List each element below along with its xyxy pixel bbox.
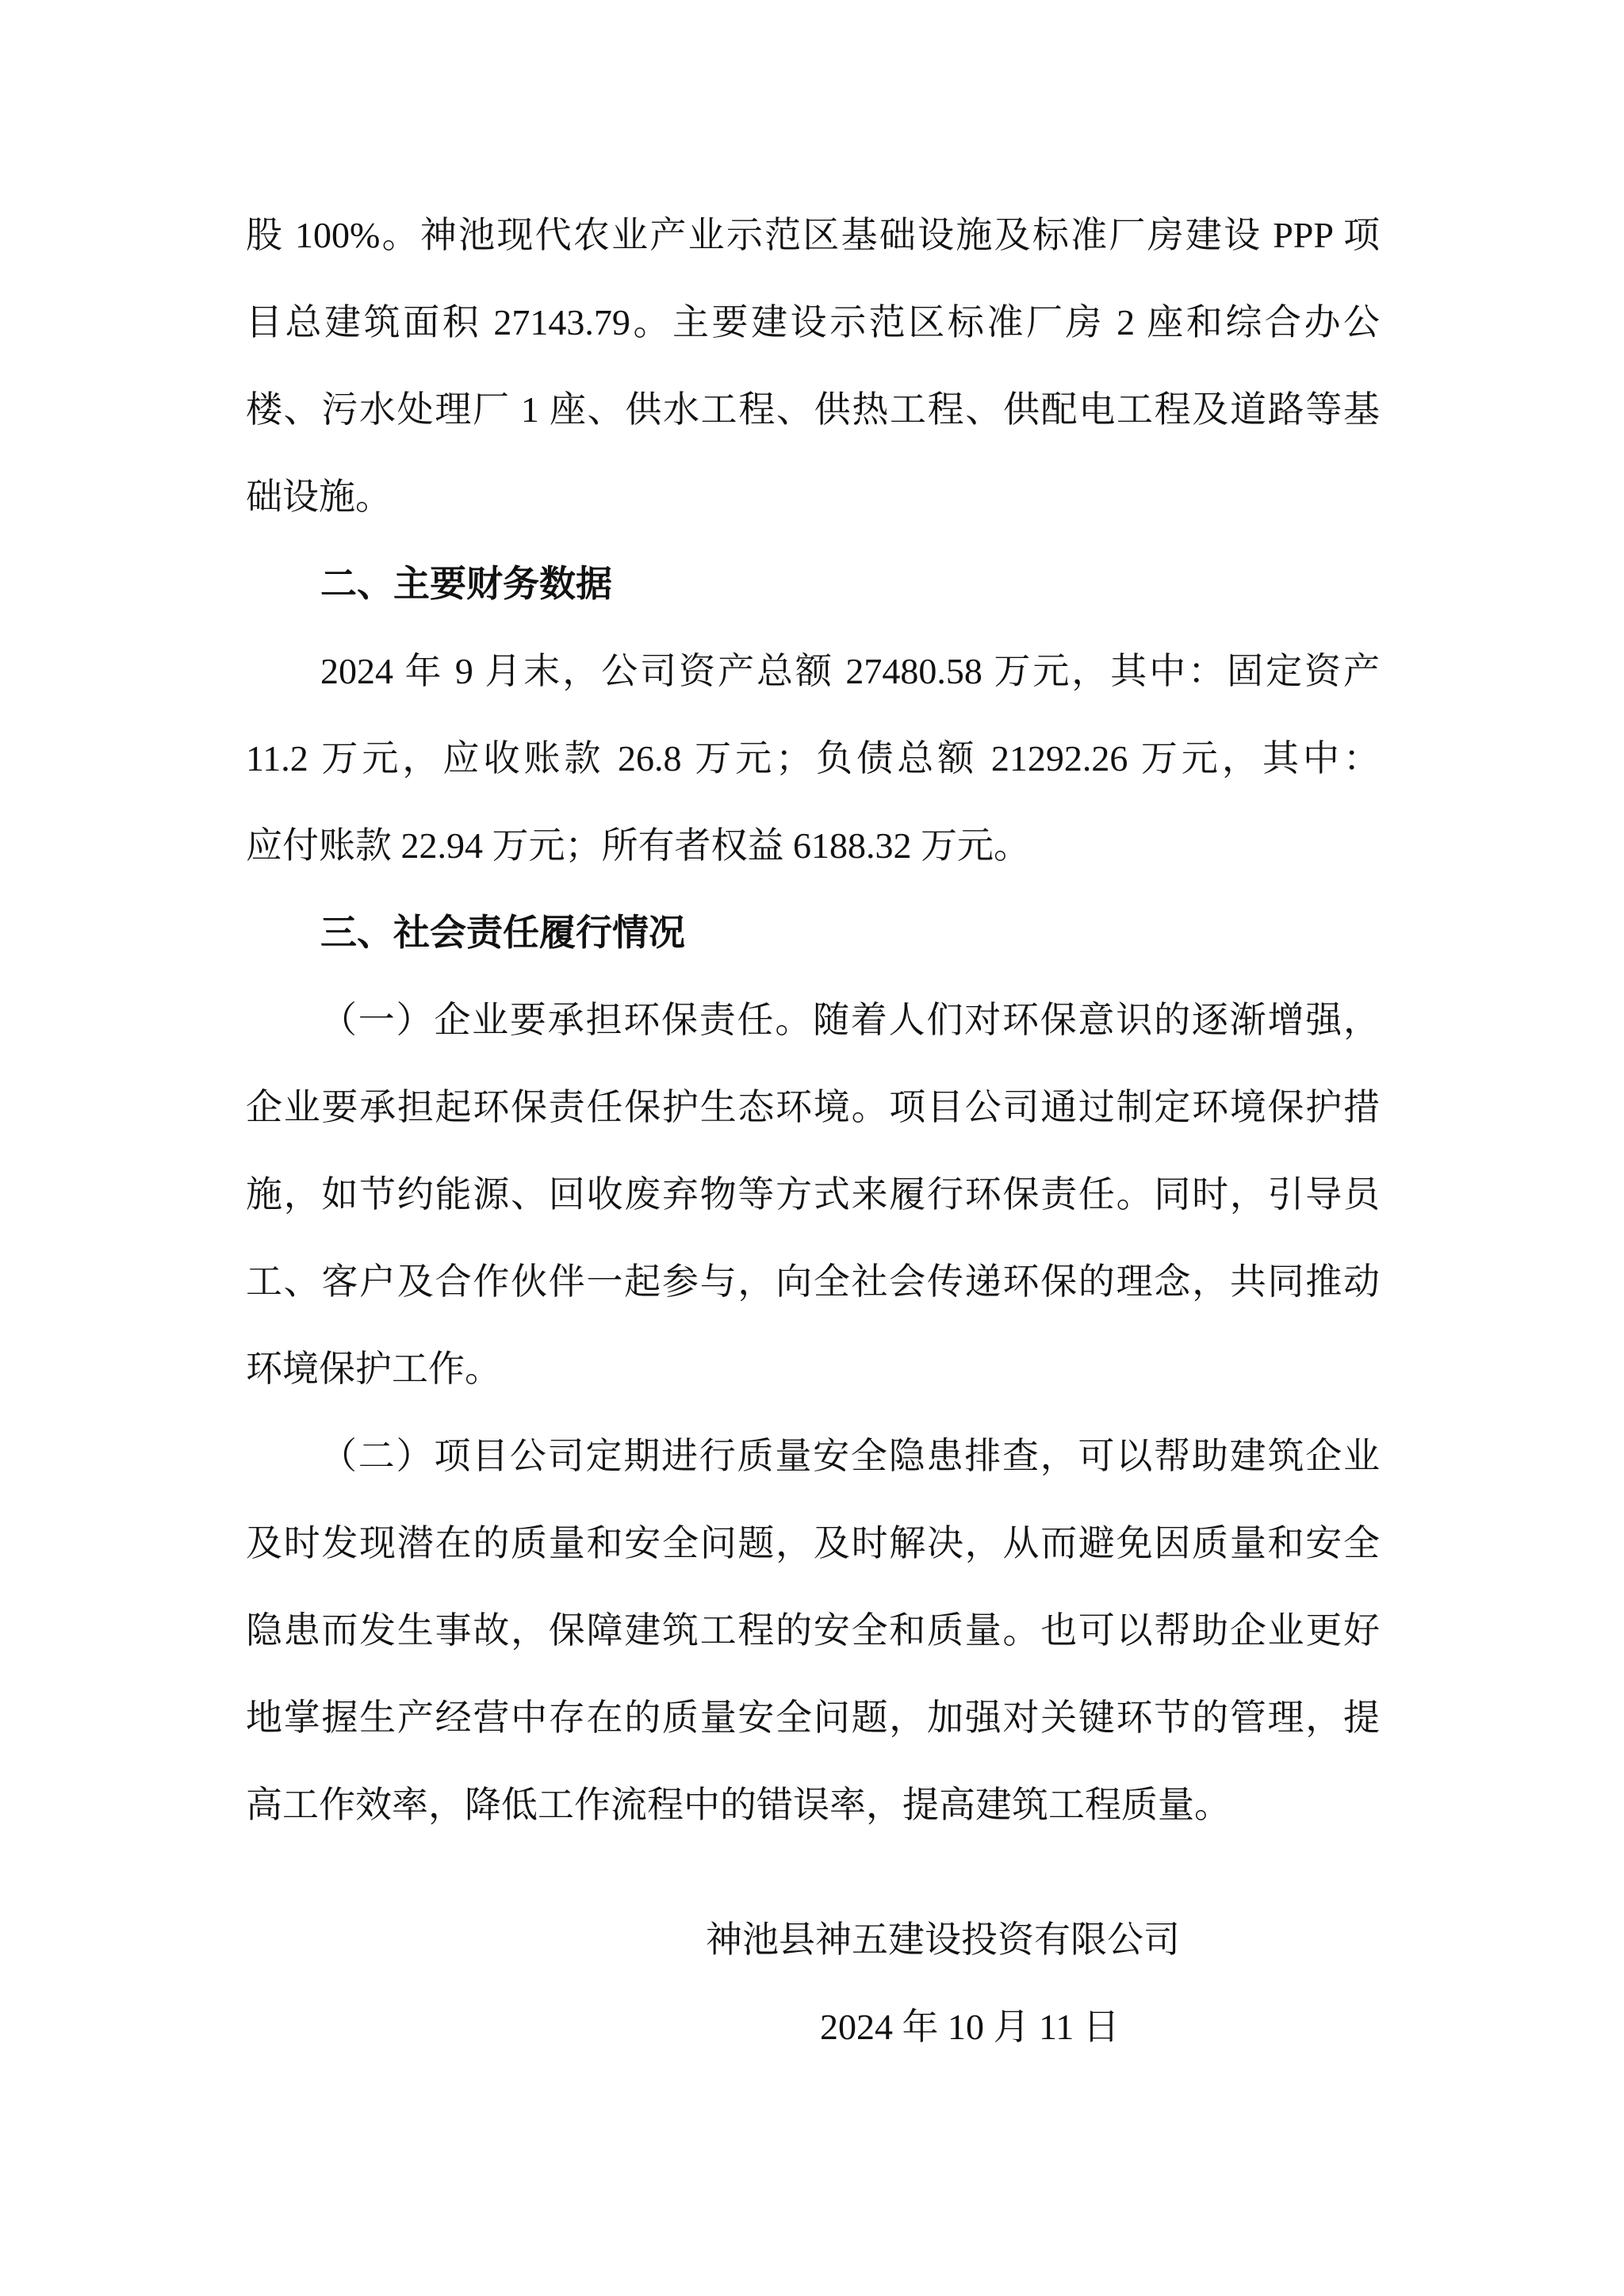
body-line: 应付账款 22.94 万元；所有者权益 6188.32 万元。 bbox=[246, 802, 1380, 890]
body-line: 地掌握生产经营中存在的质量安全问题，加强对关键环节的管理，提 bbox=[246, 1674, 1380, 1762]
body-line: 及时发现潜在的质量和安全问题，及时解决，从而避免因质量和安全 bbox=[246, 1500, 1380, 1587]
body-line: 础设施。 bbox=[246, 453, 1380, 541]
section-heading: 三、社会责任履行情况 bbox=[246, 890, 1380, 977]
document-page: 股 100%。神池现代农业产业示范区基础设施及标准厂房建设 PPP 项目总建筑面… bbox=[0, 0, 1624, 2296]
signature-spacer bbox=[246, 1849, 1380, 1896]
body-line: 隐患而发生事故，保障建筑工程的安全和质量。也可以帮助企业更好 bbox=[246, 1587, 1380, 1674]
body-line: 股 100%。神池现代农业产业示范区基础设施及标准厂房建设 PPP 项 bbox=[246, 192, 1380, 279]
document-text-block: 股 100%。神池现代农业产业示范区基础设施及标准厂房建设 PPP 项目总建筑面… bbox=[246, 192, 1380, 2071]
body-line: 目总建筑面积 27143.79。主要建设示范区标准厂房 2 座和综合办公 bbox=[246, 279, 1380, 366]
body-line: 工、客户及合作伙伴一起参与，向全社会传递环保的理念，共同推动 bbox=[246, 1238, 1380, 1326]
body-line: 11.2 万元，应收账款 26.8 万元；负债总额 21292.26 万元，其中… bbox=[246, 715, 1380, 802]
body-line: （一）企业要承担环保责任。随着人们对环保意识的逐渐增强， bbox=[246, 977, 1380, 1064]
body-line: 2024 年 9 月末，公司资产总额 27480.58 万元，其中：固定资产 bbox=[246, 628, 1380, 715]
section-heading: 二、主要财务数据 bbox=[246, 541, 1380, 628]
document-lines: 股 100%。神池现代农业产业示范区基础设施及标准厂房建设 PPP 项目总建筑面… bbox=[246, 192, 1380, 1849]
body-line: 高工作效率，降低工作流程中的错误率，提高建筑工程质量。 bbox=[246, 1762, 1380, 1849]
signature-date: 2024 年 10 月 11 日 bbox=[246, 1984, 1380, 2071]
body-line: 企业要承担起环保责任保护生态环境。项目公司通过制定环境保护措 bbox=[246, 1064, 1380, 1151]
signature-company: 神池县神五建设投资有限公司 bbox=[246, 1896, 1380, 1984]
body-line: （二）项目公司定期进行质量安全隐患排查，可以帮助建筑企业 bbox=[246, 1413, 1380, 1500]
body-line: 施，如节约能源、回收废弃物等方式来履行环保责任。同时，引导员 bbox=[246, 1151, 1380, 1238]
body-line: 楼、污水处理厂 1 座、供水工程、供热工程、供配电工程及道路等基 bbox=[246, 366, 1380, 453]
body-line: 环境保护工作。 bbox=[246, 1326, 1380, 1413]
